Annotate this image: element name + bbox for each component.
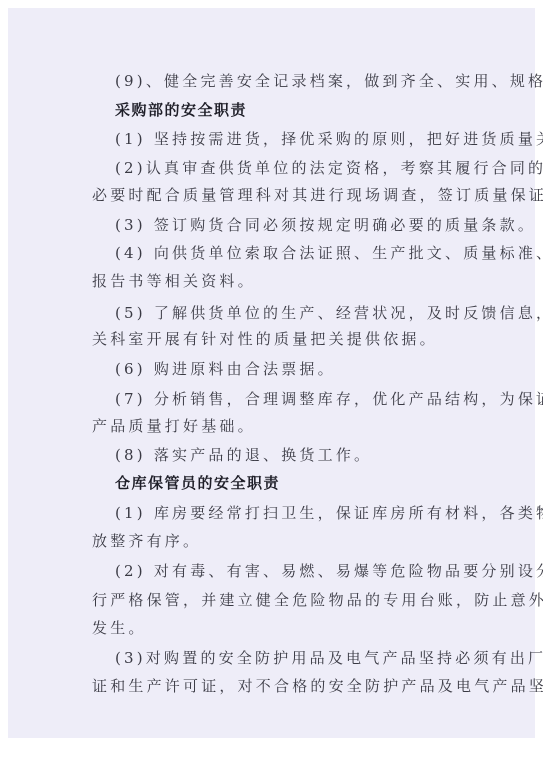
text-line: (9)、健全完善安全记录档案，做到齐全、实用、规格化。 [115,72,492,90]
text-line: (7) 分析销售，合理调整库存，优化产品结构，为保证在库 [115,390,492,408]
text-line: (5) 了解供货单位的生产、经营状况，及时反馈信息，为有 [115,304,492,322]
text-line: (6) 购进原料由合法票据。 [115,360,492,378]
text-line: 报告书等相关资料。 [92,272,492,290]
text-line: 放整齐有序。 [92,532,492,550]
text-line: 行严格保管，并建立健全危险物品的专用台账，防止意外事故的 [92,591,492,609]
section-heading-purchasing: 采购部的安全职责 [115,101,492,119]
text-line: (2) 对有毒、有害、易燃、易爆等危险物品要分别设分库进 [115,562,492,580]
text-line: 证和生产许可证，对不合格的安全防护产品及电气产品坚决拒收。 [92,677,492,695]
section-heading-warehouse: 仓库保管员的安全职责 [115,474,492,492]
text-line: 发生。 [92,619,492,637]
text-line: (3)对购置的安全防护用品及电气产品坚持必须有出厂合格 [115,649,492,667]
text-line: (1) 坚持按需进货，择优采购的原则，把好进货质量关。 [115,130,492,148]
scanned-page: (9)、健全完善安全记录档案，做到齐全、实用、规格化。 采购部的安全职责 (1)… [8,8,535,738]
text-line: 产品质量打好基础。 [92,417,492,435]
text-line: (1) 库房要经常打扫卫生，保证库房所有材料，各类物品存 [115,504,492,522]
text-line: (8) 落实产品的退、换货工作。 [115,446,492,464]
text-line: (4) 向供货单位索取合法证照、生产批文、质量标准、检验 [115,244,492,262]
text-line: (3) 签订购货合同必须按规定明确必要的质量条款。 [115,216,492,234]
text-line: (2)认真审查供货单位的法定资格，考察其履行合同的能力， [115,159,492,177]
text-line: 必要时配合质量管理科对其进行现场调查，签订质量保证协议。 [92,186,492,204]
text-line: 关科室开展有针对性的质量把关提供依据。 [92,330,492,348]
